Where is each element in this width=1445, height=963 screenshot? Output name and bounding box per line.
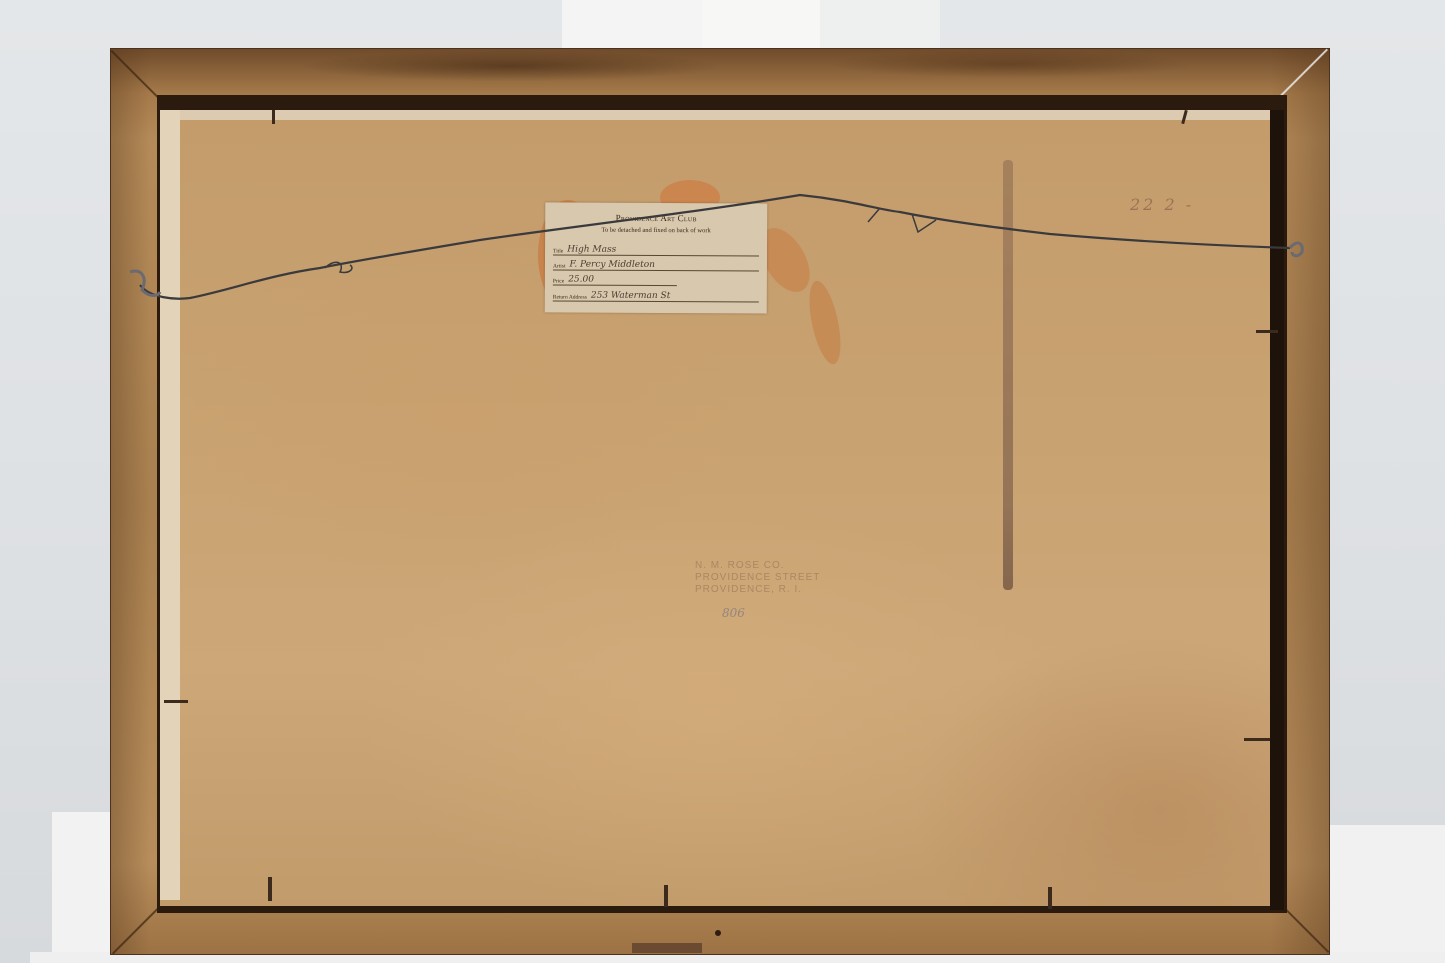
hanging-wire	[0, 0, 1445, 963]
wire-hook-right	[1290, 243, 1302, 256]
wire-strand	[140, 195, 1290, 299]
wire-hook-left	[130, 271, 160, 296]
